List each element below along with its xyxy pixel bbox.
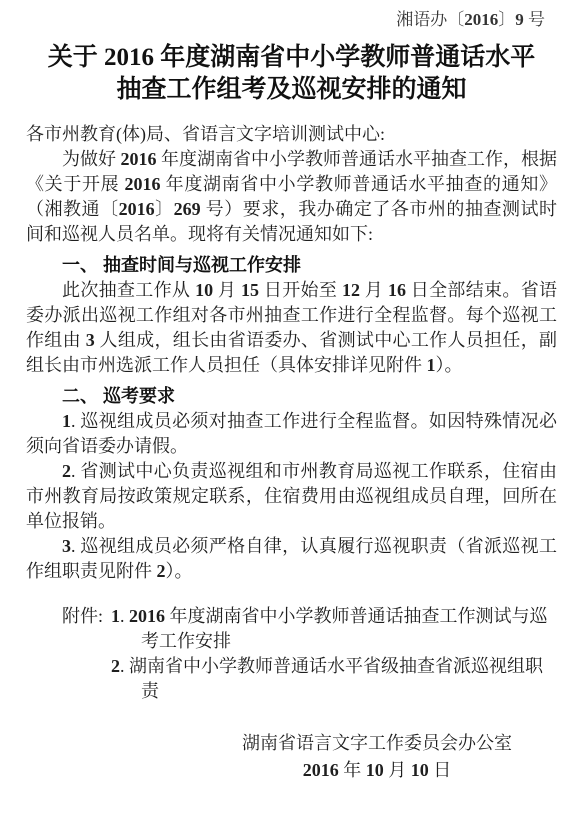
section-2-heading: 二、 巡考要求 [26, 384, 557, 409]
attachment-item-1: 1. 2016 年度湖南省中小学教师普通话抽查工作测试与巡考工作安排 [111, 604, 557, 654]
signature-organization: 湖南省语言文字工作委员会办公室 [242, 730, 512, 757]
doc-number: 湘语办〔2016〕9 号 [26, 8, 557, 32]
section-1-heading: 一、 抽查时间与巡视工作安排 [26, 253, 557, 278]
salutation: 各市州教育(体)局、省语言文字培训测试中心: [26, 122, 557, 147]
attachment-item-2: 2. 湖南省中小学教师普通话水平省级抽查省派巡视组职责 [111, 654, 557, 704]
paragraph-intro: 为做好 2016 年度湖南省中小学教师普通话水平抽查工作，根据《关于开展 201… [26, 147, 557, 247]
signature-block: 湖南省语言文字工作委员会办公室 2016 年 10 月 10 日 [242, 730, 512, 784]
attachments-label: 附件: [62, 604, 111, 704]
section-1-paragraph: 此次抽查工作从 10 月 15 日开始至 12 月 16 日全部结束。省语委办派… [26, 278, 557, 378]
attachments-block: 附件: 1. 2016 年度湖南省中小学教师普通话抽查工作测试与巡考工作安排 2… [62, 604, 557, 704]
doc-title-line-2: 抽查工作组考及巡视安排的通知 [116, 76, 466, 103]
doc-title: 关于 2016 年度湖南省中小学教师普通话水平 抽查工作组考及巡视安排的通知 [26, 42, 557, 106]
attachments-list: 1. 2016 年度湖南省中小学教师普通话抽查工作测试与巡考工作安排 2. 湖南… [111, 604, 557, 704]
doc-title-line-1: 关于 2016 年度湖南省中小学教师普通话水平 [48, 44, 536, 71]
section-2-item-2: 2. 省测试中心负责巡视组和市州教育局巡视工作联系，住宿由市州教育局按政策规定联… [26, 459, 557, 534]
section-2-item-1: 1. 巡视组成员必须对抽查工作进行全程监督。如因特殊情况必须向省语委办请假。 [26, 409, 557, 459]
section-2-item-3: 3. 巡视组成员必须严格自律，认真履行巡视职责（省派巡视工作组职责见附件 2）。 [26, 534, 557, 584]
document-page: 湘语办〔2016〕9 号 关于 2016 年度湖南省中小学教师普通话水平 抽查工… [0, 0, 577, 827]
signature-date: 2016 年 10 月 10 日 [242, 757, 512, 784]
